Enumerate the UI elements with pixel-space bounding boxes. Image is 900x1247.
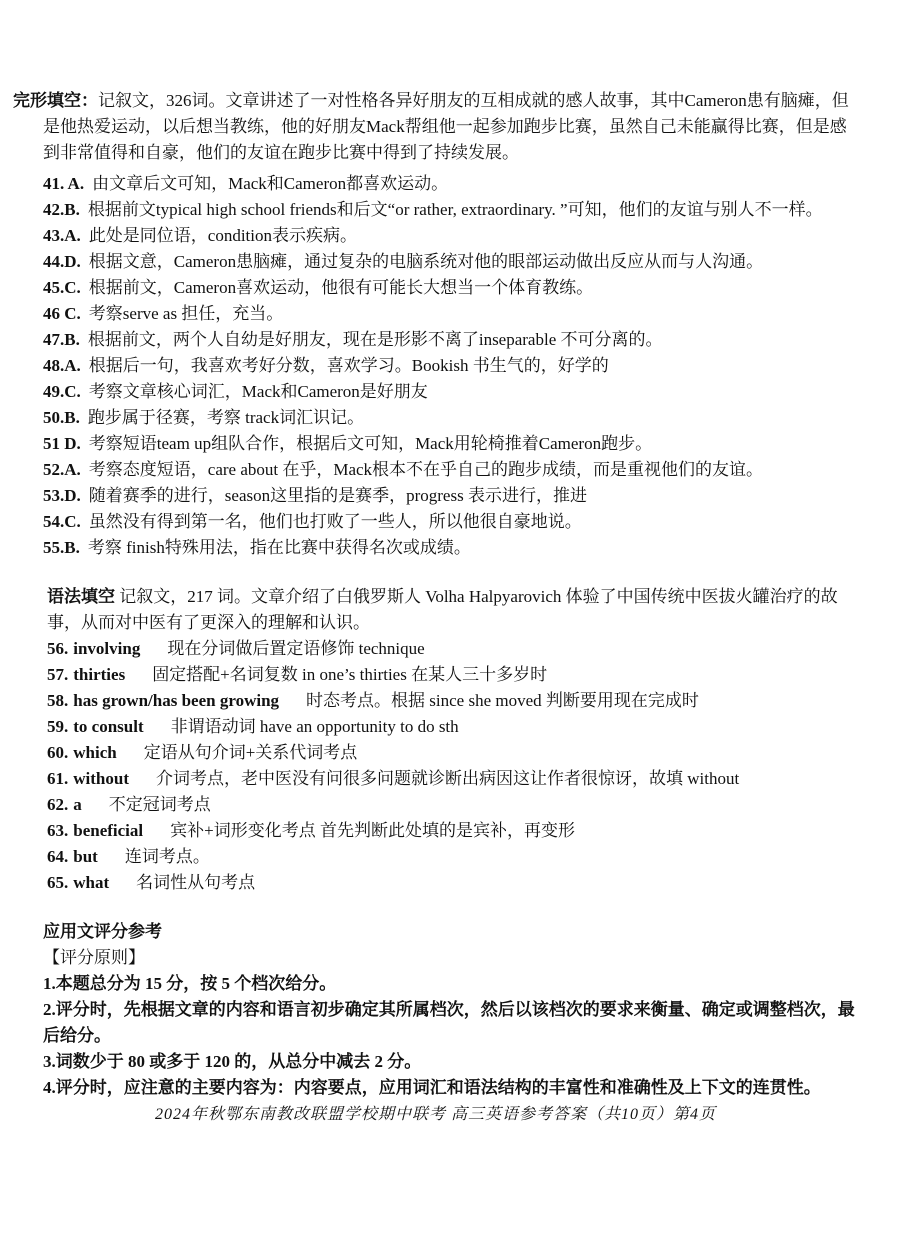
- cloze-item-42: 42.B.根据前文typical high school friends和后文“…: [43, 197, 858, 223]
- answer-number: 64.: [47, 847, 68, 866]
- answer-explanation: 现在分词做后置定语修饰 technique: [167, 639, 424, 658]
- answer-key-page: 完形填空：记叙文，326词。文章讲述了一对性格各异好朋友的互相成就的感人故事，其…: [0, 0, 900, 1247]
- answer-explanation: 非谓语动词 have an opportunity to do sth: [171, 717, 459, 736]
- grammar-item-65: 65.what名词性从句考点: [47, 870, 858, 896]
- answer-explanation: 名词性从句考点: [136, 873, 255, 892]
- answer-number: 44.D.: [43, 252, 81, 271]
- cloze-item-53: 53.D.随着赛季的进行，season这里指的是赛季，progress 表示进行…: [43, 483, 858, 509]
- answer-word: involving: [73, 639, 140, 658]
- answer-explanation: 考察serve as 担任，充当。: [89, 304, 284, 323]
- answer-explanation: 根据前文，两个人自幼是好朋友，现在是形影不离了inseparable 不可分离的…: [88, 330, 663, 349]
- answer-number: 52.A.: [43, 460, 81, 479]
- scoring-rule-1: 1.本题总分为 15 分，按 5 个档次给分。: [43, 971, 858, 997]
- answer-word: which: [73, 743, 116, 762]
- answer-number: 47.B.: [43, 330, 80, 349]
- cloze-item-55: 55.B.考察 finish特殊用法，指在比赛中获得名次或成绩。: [43, 535, 858, 561]
- grammar-item-60: 60.which定语从句介词+关系代词考点: [47, 740, 858, 766]
- answer-number: 56.: [47, 639, 68, 658]
- answer-word: beneficial: [73, 821, 143, 840]
- answer-explanation: 考察文章核心词汇，Mack和Cameron是好朋友: [89, 382, 428, 401]
- answer-number: 45.C.: [43, 278, 81, 297]
- answer-number: 51 D.: [43, 434, 81, 453]
- answer-number: 55.B.: [43, 538, 80, 557]
- grammar-intro-text: 记叙文，217 词。文章介绍了白俄罗斯人 Volha Halpyarovich …: [47, 587, 838, 632]
- grammar-item-58: 58.has grown/has been growing时态考点。根据 sin…: [47, 688, 858, 714]
- writing-section-heading: 应用文评分参考: [43, 919, 858, 945]
- answer-explanation: 考察态度短语，care about 在乎，Mack根本不在乎自己的跑步成绩，而是…: [89, 460, 763, 479]
- answer-number: 43.A.: [43, 226, 81, 245]
- cloze-item-50: 50.B.跑步属于径赛，考察 track词汇识记。: [43, 405, 858, 431]
- answer-explanation: 此处是同位语，condition表示疾病。: [89, 226, 357, 245]
- cloze-intro-paragraph: 完形填空：记叙文，326词。文章讲述了一对性格各异好朋友的互相成就的感人故事，其…: [13, 88, 858, 166]
- answer-explanation: 介词考点，老中医没有问很多问题就诊断出病因这让作者很惊讶，故填 without: [156, 769, 739, 788]
- answer-explanation: 根据文意，Cameron患脑瘫，通过复杂的电脑系统对他的眼部运动做出反应从而与人…: [89, 252, 763, 271]
- answer-explanation: 由文章后文可知，Mack和Cameron都喜欢运动。: [92, 174, 448, 193]
- answer-explanation: 连词考点。: [125, 847, 210, 866]
- answer-explanation: 随着赛季的进行，season这里指的是赛季，progress 表示进行，推进: [89, 486, 587, 505]
- grammar-item-63: 63.beneficial宾补+词形变化考点 首先判断此处填的是宾补，再变形: [47, 818, 858, 844]
- scoring-rule-3: 3.词数少于 80 或多于 120 的，从总分中减去 2 分。: [43, 1049, 858, 1075]
- answer-number: 60.: [47, 743, 68, 762]
- answer-number: 50.B.: [43, 408, 80, 427]
- grammar-intro-paragraph: 语法填空 记叙文，217 词。文章介绍了白俄罗斯人 Volha Halpyaro…: [47, 584, 858, 636]
- answer-word: to consult: [73, 717, 143, 736]
- cloze-item-41: 41. A.由文章后文可知，Mack和Cameron都喜欢运动。: [43, 171, 858, 197]
- answer-word: thirties: [73, 665, 125, 684]
- answer-explanation: 固定搭配+名词复数 in one’s thirties 在某人三十多岁时: [152, 665, 547, 684]
- cloze-item-54: 54.C.虽然没有得到第一名，他们也打败了一些人，所以他很自豪地说。: [43, 509, 858, 535]
- writing-scoring-principles-label: 【评分原则】: [43, 945, 858, 971]
- answer-explanation: 虽然没有得到第一名，他们也打败了一些人，所以他很自豪地说。: [89, 512, 582, 531]
- answer-number: 49.C.: [43, 382, 81, 401]
- grammar-item-59: 59.to consult非谓语动词 have an opportunity t…: [47, 714, 858, 740]
- cloze-item-47: 47.B.根据前文，两个人自幼是好朋友，现在是形影不离了inseparable …: [43, 327, 858, 353]
- grammar-item-64: 64.but连词考点。: [47, 844, 858, 870]
- cloze-section-heading: 完形填空：: [13, 91, 98, 110]
- grammar-item-62: 62.a不定冠词考点: [47, 792, 858, 818]
- cloze-item-52: 52.A.考察态度短语，care about 在乎，Mack根本不在乎自己的跑步…: [43, 457, 858, 483]
- answer-word: without: [73, 769, 129, 788]
- answer-word: what: [73, 873, 109, 892]
- answer-explanation: 定语从句介词+关系代词考点: [144, 743, 358, 762]
- answer-number: 63.: [47, 821, 68, 840]
- cloze-item-43: 43.A.此处是同位语，condition表示疾病。: [43, 223, 858, 249]
- answer-number: 62.: [47, 795, 68, 814]
- cloze-item-44: 44.D.根据文意，Cameron患脑瘫，通过复杂的电脑系统对他的眼部运动做出反…: [43, 249, 858, 275]
- answer-number: 48.A.: [43, 356, 81, 375]
- answer-explanation: 根据后一句，我喜欢考好分数，喜欢学习。Bookish 书生气的，好学的: [89, 356, 609, 375]
- scoring-rule-2: 2.评分时，先根据文章的内容和语言初步确定其所属档次，然后以该档次的要求来衡量、…: [43, 997, 858, 1049]
- answer-number: 65.: [47, 873, 68, 892]
- cloze-item-46: 46 C.考察serve as 担任，充当。: [43, 301, 858, 327]
- writing-scoring-section: 应用文评分参考 【评分原则】 1.本题总分为 15 分，按 5 个档次给分。 2…: [43, 919, 858, 1101]
- answer-number: 57.: [47, 665, 68, 684]
- answer-number: 59.: [47, 717, 68, 736]
- grammar-answer-list: 56.involving现在分词做后置定语修饰 technique 57.thi…: [47, 636, 858, 896]
- answer-word: but: [73, 847, 98, 866]
- answer-explanation: 时态考点。根据 since she moved 判断要用现在完成时: [306, 691, 699, 710]
- section-gap: [13, 561, 858, 584]
- answer-explanation: 考察短语team up组队合作，根据后文可知，Mack用轮椅推着Cameron跑…: [89, 434, 652, 453]
- answer-number: 42.B.: [43, 200, 80, 219]
- answer-number: 46 C.: [43, 304, 81, 323]
- cloze-answer-list: 41. A.由文章后文可知，Mack和Cameron都喜欢运动。 42.B.根据…: [43, 171, 858, 561]
- answer-number: 41. A.: [43, 174, 84, 193]
- grammar-item-56: 56.involving现在分词做后置定语修饰 technique: [47, 636, 858, 662]
- answer-word: has grown/has been growing: [73, 691, 279, 710]
- section-gap: [13, 896, 858, 919]
- cloze-item-48: 48.A.根据后一句，我喜欢考好分数，喜欢学习。Bookish 书生气的，好学的: [43, 353, 858, 379]
- cloze-item-45: 45.C.根据前文，Cameron喜欢运动，他很有可能长大想当一个体育教练。: [43, 275, 858, 301]
- cloze-item-49: 49.C.考察文章核心词汇，Mack和Cameron是好朋友: [43, 379, 858, 405]
- answer-explanation: 跑步属于径赛，考察 track词汇识记。: [88, 408, 364, 427]
- answer-explanation: 考察 finish特殊用法，指在比赛中获得名次或成绩。: [88, 538, 471, 557]
- answer-explanation: 不定冠词考点: [109, 795, 211, 814]
- answer-number: 53.D.: [43, 486, 81, 505]
- grammar-section-heading: 语法填空: [47, 587, 115, 606]
- answer-number: 61.: [47, 769, 68, 788]
- grammar-item-61: 61.without介词考点，老中医没有问很多问题就诊断出病因这让作者很惊讶，故…: [47, 766, 858, 792]
- answer-number: 54.C.: [43, 512, 81, 531]
- cloze-intro-text: 记叙文，326词。文章讲述了一对性格各异好朋友的互相成就的感人故事，其中Came…: [43, 91, 849, 162]
- scoring-rule-4: 4.评分时，应注意的主要内容为：内容要点，应用词汇和语法结构的丰富性和准确性及上…: [43, 1075, 858, 1101]
- answer-explanation: 根据前文typical high school friends和后文“or ra…: [88, 200, 823, 219]
- answer-number: 58.: [47, 691, 68, 710]
- answer-word: a: [73, 795, 82, 814]
- answer-explanation: 宾补+词形变化考点 首先判断此处填的是宾补，再变形: [170, 821, 575, 840]
- grammar-section: 语法填空 记叙文，217 词。文章介绍了白俄罗斯人 Volha Halpyaro…: [47, 584, 858, 896]
- answer-explanation: 根据前文，Cameron喜欢运动，他很有可能长大想当一个体育教练。: [89, 278, 593, 297]
- cloze-item-51: 51 D.考察短语team up组队合作，根据后文可知，Mack用轮椅推着Cam…: [43, 431, 858, 457]
- grammar-item-57: 57.thirties固定搭配+名词复数 in one’s thirties 在…: [47, 662, 858, 688]
- page-footer: 2024年秋鄂东南教改联盟学校期中联考 高三英语参考答案（共10页）第4页: [13, 1102, 858, 1128]
